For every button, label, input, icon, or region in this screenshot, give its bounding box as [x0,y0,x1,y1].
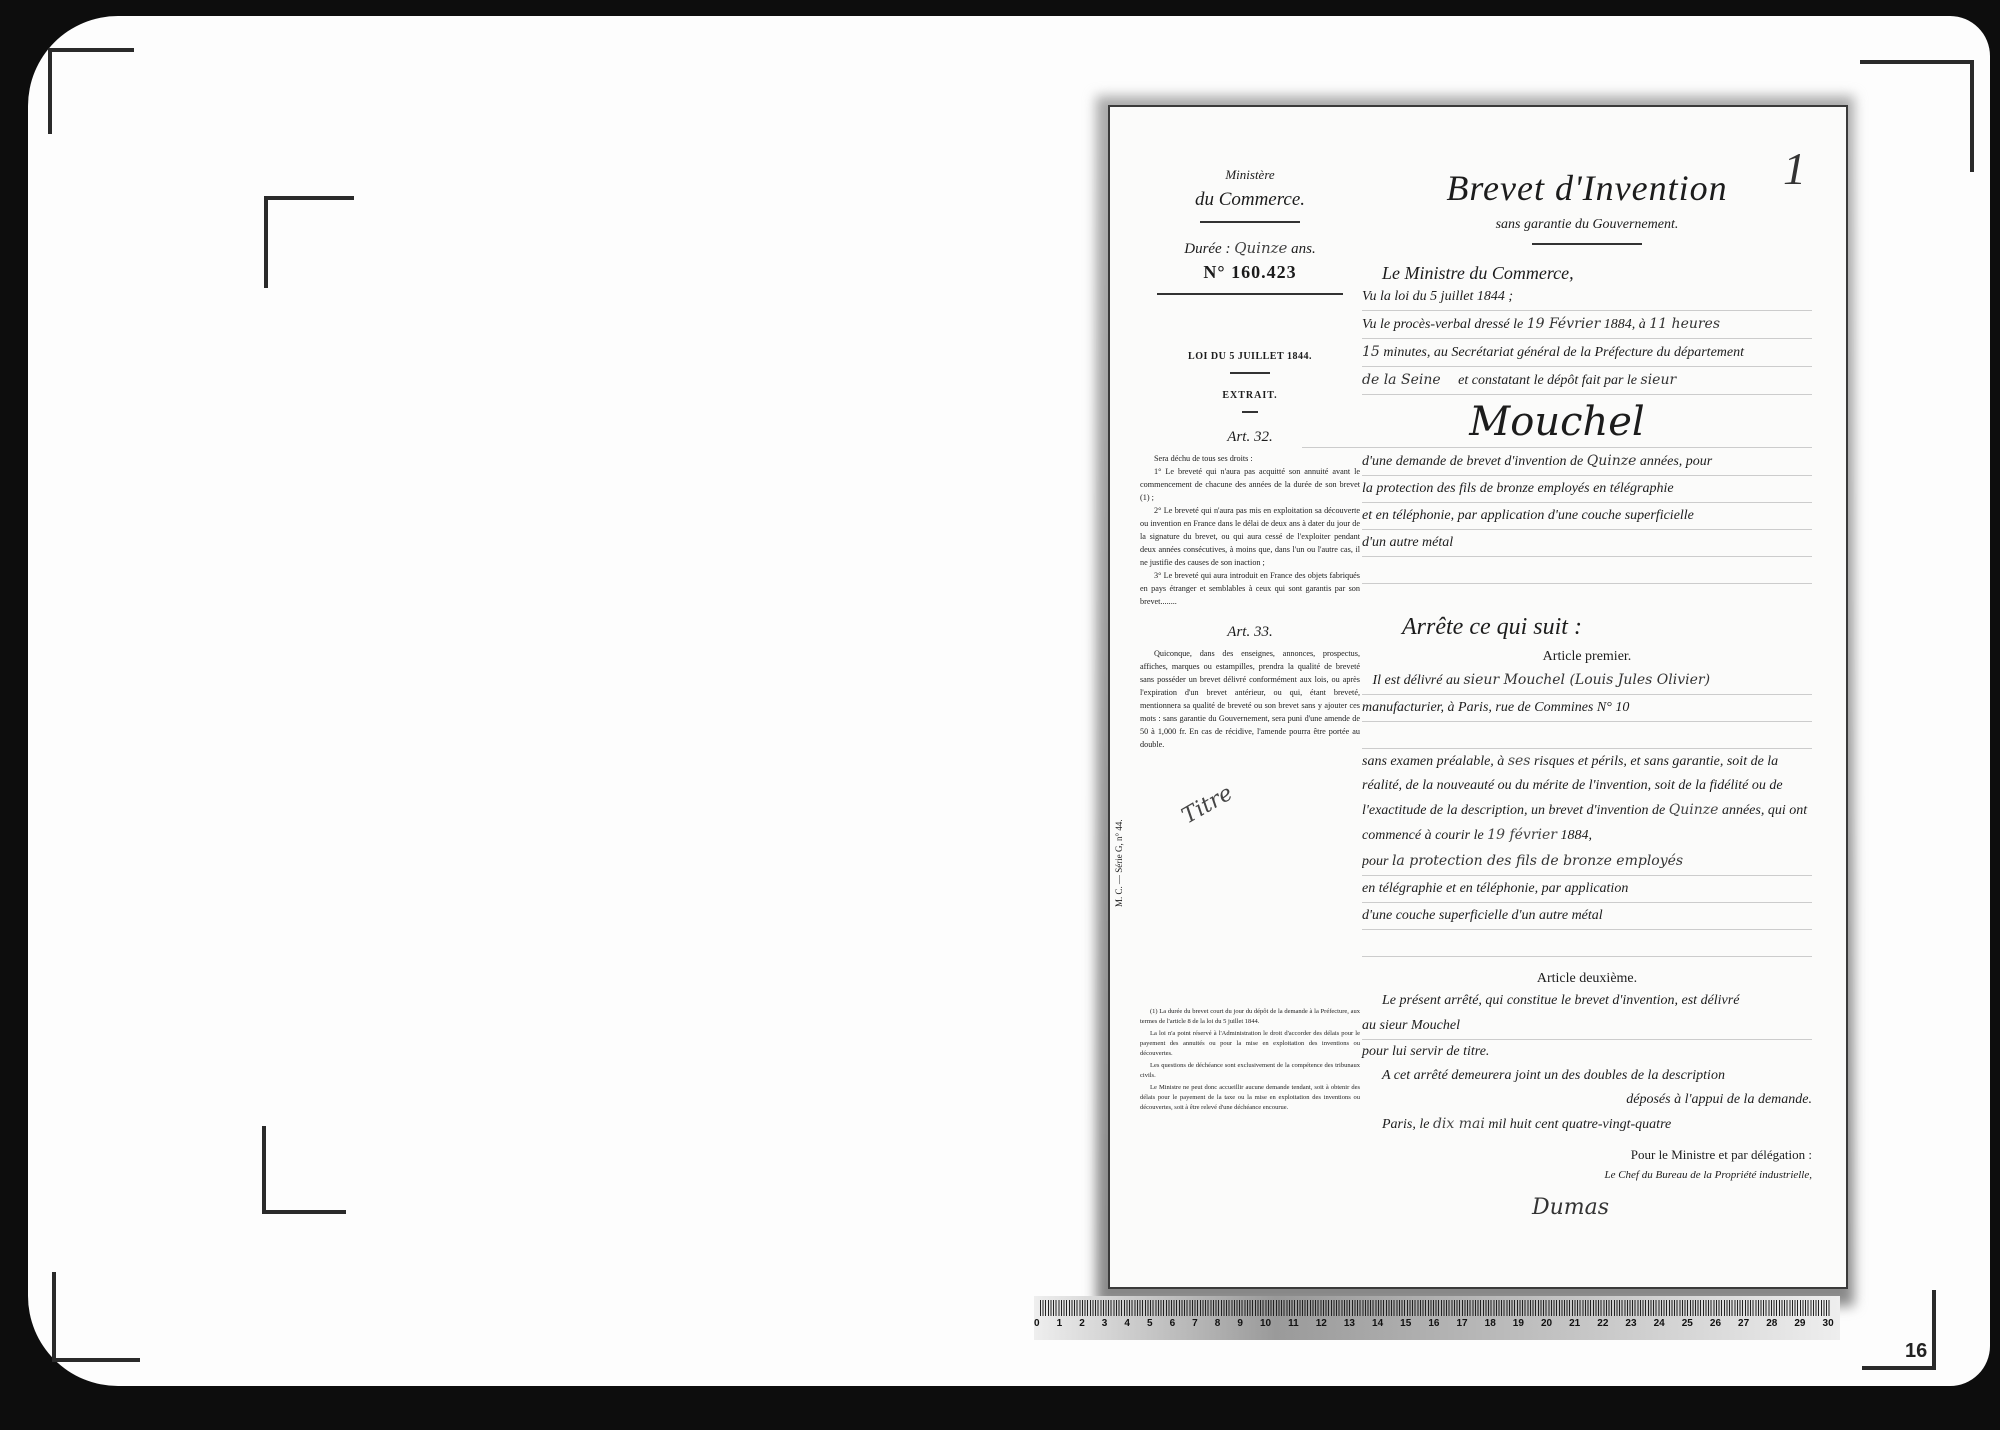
blank-line [1362,930,1812,957]
patent-document: 1 Ministère du Commerce. Durée : Quinze … [1108,105,1848,1289]
vu-pv-line: Vu le procès-verbal dressé le 19 Février… [1362,311,1812,339]
footnote: La loi n'a point réservé à l'Administrat… [1140,1029,1360,1059]
article1-recipient: sieur Mouchel (Louis Jules Olivier) [1463,672,1710,688]
patent-number: N° 160.423 [1140,262,1360,283]
signature: Dumas [1532,1195,1812,1220]
depot-text: et constatant le dépôt fait par le [1458,373,1637,388]
vu-loi-line: Vu la loi du 5 juillet 1844 ; [1362,284,1812,311]
ruler-label: 5 [1147,1318,1153,1329]
duration: Durée : Quinze ans. [1140,239,1360,258]
paris-year: mil huit cent quatre-vingt-quatre [1488,1117,1671,1132]
object-line: d'un autre métal [1362,530,1812,557]
duration-value: Quinze [1234,239,1287,257]
document-subtitle: sans garantie du Gouvernement. [1362,217,1812,233]
ruler-label: 11 [1288,1318,1299,1329]
footnotes: (1) La durée du brevet court du jour du … [1140,1007,1360,1115]
ruler-ticks [1040,1300,1830,1316]
art33-title: Art. 33. [1140,624,1360,641]
ruler-label: 24 [1654,1318,1665,1329]
demande-years: Quinze [1587,453,1637,469]
article1-object: la protection des fils de bronze employé… [1392,853,1683,869]
footnote: Les questions de déchéance sont exclusiv… [1140,1061,1360,1081]
ruler-label: 3 [1102,1318,1108,1329]
demande-text: d'une demande de brevet d'invention de [1362,454,1583,469]
department-value: de la Seine [1362,372,1441,388]
department-line: de la Seine et constatant le dépôt fait … [1362,367,1812,395]
page-number: 16 [1905,1340,1927,1363]
ruler-label: 10 [1260,1318,1271,1329]
article1-address: manufacturier, à Paris, rue de Commines … [1362,695,1812,722]
ruler-label: 27 [1738,1318,1749,1329]
art32-item: 3° Le breveté qui aura introduit en Fran… [1140,569,1360,608]
paris-day: dix mai [1433,1116,1485,1132]
article1-recipient-line: Il est délivré au sieur Mouchel (Louis J… [1362,667,1812,695]
ministry-line1: Ministère [1140,167,1360,183]
main-column: Brevet d'Invention sans garantie du Gouv… [1362,167,1812,1220]
signature-line2: Le Chef du Bureau de la Propriété indust… [1362,1169,1812,1181]
article1-pour: pour [1362,854,1388,869]
article1-body: sans examen préalable, à ses risques et … [1362,749,1812,848]
paris-date-line: Paris, le dix mai mil huit cent quatre-v… [1362,1112,1812,1137]
blank-line [1362,722,1812,749]
article2-heading: Article deuxième. [1362,971,1812,987]
ruler-label: 25 [1682,1318,1693,1329]
article1-years: Quinze [1669,802,1719,818]
footnote: Le Ministre ne peut donc accueillir aucu… [1140,1083,1360,1113]
ornament-tiny [1242,411,1258,413]
ruler-label: 21 [1569,1318,1580,1329]
article1-start: 19 février [1487,827,1557,843]
article1-year: 1884, [1560,828,1592,843]
article1-object-line: en télégraphie et en téléphonie, par app… [1362,876,1812,903]
art32-text: Sera déchu de tous ses droits : 1° Le br… [1140,452,1360,608]
ruler-label: 29 [1794,1318,1805,1329]
ruler-label: 4 [1124,1318,1130,1329]
paris-prefix: Paris, le [1382,1117,1429,1132]
article1-prefix: Il est délivré au [1373,673,1460,688]
vu-pv-year: 1884, à [1604,317,1646,332]
demande-suffix: années, pour [1640,454,1712,469]
ruler-label: 9 [1237,1318,1243,1329]
annex-text1: A cet arrêté demeurera joint un des doub… [1362,1064,1812,1088]
blank-line [1362,557,1812,584]
law-heading: LOI DU 5 JUILLET 1844. [1140,351,1360,362]
divider [1157,293,1343,295]
ornament-divider [1200,221,1300,223]
art32-item: 2° Le breveté qui n'aura pas mis en expl… [1140,504,1360,569]
article1-text1: sans examen préalable, à [1362,754,1504,769]
depot-title: sieur [1641,372,1677,388]
minister-heading: Le Ministre du Commerce, [1382,263,1812,284]
ornament-small [1230,372,1270,374]
article1-object-line: d'une couche superficielle d'un autre mé… [1362,903,1812,930]
ruler-label: 12 [1316,1318,1327,1329]
object-line: la protection des fils de bronze employé… [1362,476,1812,503]
title-ornament [1532,243,1642,245]
article1-object-line: pour la protection des fils de bronze em… [1362,848,1812,876]
article2-text: Le présent arrêté, qui constitue le brev… [1362,989,1812,1013]
arrete-heading: Arrête ce qui suit : [1402,614,1812,641]
article2-recipient: au sieur Mouchel [1362,1013,1812,1040]
ministry-line2: du Commerce. [1140,189,1360,211]
ruler-label: 22 [1597,1318,1608,1329]
titre-stamp: Titre [1178,778,1242,830]
ruler-label: 8 [1215,1318,1221,1329]
ruler-label: 15 [1400,1318,1411,1329]
vu-pv-hour: 11 heures [1649,316,1720,332]
art33-paragraph: Quiconque, dans des enseignes, annonces,… [1140,647,1360,751]
article1-ses: ses [1508,753,1531,769]
ruler-label: 14 [1372,1318,1383,1329]
crop-mark-top-left [48,48,134,134]
minutes-value: 15 [1362,344,1380,360]
demande-line: d'une demande de brevet d'invention de Q… [1362,448,1812,476]
document-title: Brevet d'Invention [1362,167,1812,209]
article1-heading: Article premier. [1362,649,1812,665]
ruler-label: 20 [1541,1318,1552,1329]
ruler-label: 7 [1192,1318,1198,1329]
duration-unit: ans. [1291,241,1316,257]
art32-intro: Sera déchu de tous ses droits : [1140,452,1360,465]
ruler-label: 30 [1823,1318,1834,1329]
ruler-label: 6 [1170,1318,1176,1329]
ruler-label: 0 [1034,1318,1040,1329]
crop-mark-inner-top-left [264,196,354,288]
ruler-label: 23 [1625,1318,1636,1329]
measurement-ruler: 0 1 2 3 4 5 6 7 8 9 10 11 12 13 14 15 16… [1034,1296,1840,1340]
left-column: Ministère du Commerce. Durée : Quinze an… [1140,167,1360,816]
ruler-label: 19 [1513,1318,1524,1329]
crop-mark-top-right [1860,60,1974,172]
article2-servir: pour lui servir de titre. [1362,1040,1812,1064]
series-reference: M. C. — Série G, n° 44. [1114,819,1124,907]
number-prefix: N° [1203,262,1225,282]
number-value: 160.423 [1231,262,1297,282]
ruler-label: 17 [1456,1318,1467,1329]
ruler-label: 1 [1057,1318,1063,1329]
ruler-label: 28 [1766,1318,1777,1329]
ruler-label: 2 [1079,1318,1085,1329]
ruler-label: 18 [1485,1318,1496,1329]
object-line: et en téléphonie, par application d'une … [1362,503,1812,530]
ruler-label: 16 [1428,1318,1439,1329]
ruler-label: 13 [1344,1318,1355,1329]
minutes-text: minutes, au Secrétariat général de la Pr… [1383,345,1744,360]
applicant-name: Mouchel [1302,399,1812,448]
crop-mark-bottom-left [52,1272,140,1362]
vu-pv-date: 19 Février [1527,316,1601,332]
footnote: (1) La durée du brevet court du jour du … [1140,1007,1360,1027]
art33-text: Quiconque, dans des enseignes, annonces,… [1140,647,1360,751]
crop-mark-inner-bottom-left [262,1126,346,1214]
ruler-label: 26 [1710,1318,1721,1329]
ruler-labels: 0 1 2 3 4 5 6 7 8 9 10 11 12 13 14 15 16… [1034,1318,1834,1329]
signature-line1: Pour le Ministre et par délégation : [1362,1147,1812,1163]
annex-text2: déposés à l'appui de la demande. [1362,1088,1812,1112]
art32-item: 1° Le breveté qui n'aura pas acquitté so… [1140,465,1360,504]
minutes-line: 15 minutes, au Secrétariat général de la… [1362,339,1812,367]
vu-pv-prefix: Vu le procès-verbal dressé le [1362,317,1523,332]
duration-label: Durée : [1184,241,1230,257]
